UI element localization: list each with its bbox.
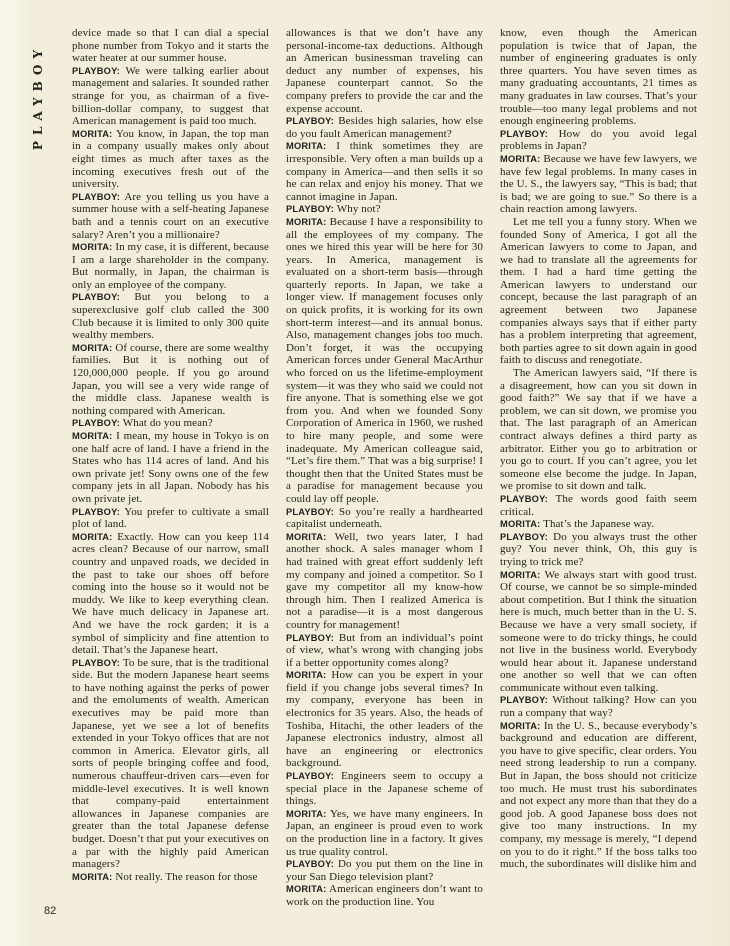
speaker-label: PLAYBOY: (72, 66, 120, 76)
article-columns: device made so that I can dial a special… (72, 27, 698, 909)
speaker-label: PLAYBOY: (286, 771, 334, 781)
speaker-label: MORITA: (72, 343, 112, 353)
paragraph: MORITA: Because we have few lawyers, we … (500, 153, 697, 216)
paragraph: MORITA: In the U. S., because everybody’… (500, 720, 697, 871)
magazine-page: PLAYBOY 82 device made so that I can dia… (0, 0, 730, 946)
speaker-label: MORITA: (500, 570, 540, 580)
paragraph: MORITA: How can you be expert in your fi… (286, 669, 483, 770)
speaker-label: PLAYBOY: (286, 204, 334, 214)
paragraph: MORITA: Well, two years later, I had ano… (286, 531, 483, 632)
speaker-label: MORITA: (286, 884, 326, 894)
speaker-label: MORITA: (500, 721, 540, 731)
page-number: 82 (44, 905, 56, 917)
speaker-label: MORITA: (500, 154, 540, 164)
paragraph: MORITA: Of course, there are some wealth… (72, 342, 269, 418)
speaker-label: MORITA: (72, 872, 112, 882)
paragraph: MORITA: I mean, my house in Tokyo is on … (72, 430, 269, 506)
speaker-label: MORITA: (500, 519, 540, 529)
paragraph: Let me tell you a funny story. When we f… (500, 216, 697, 367)
paragraph: MORITA: Because I have a responsibility … (286, 216, 483, 506)
paragraph: PLAYBOY: The words good faith seem criti… (500, 493, 697, 518)
speaker-label: MORITA: (286, 141, 326, 151)
paragraph: PLAYBOY: But you belong to a superexclus… (72, 291, 269, 341)
paragraph: PLAYBOY: Do you always trust the other g… (500, 531, 697, 569)
paragraph: MORITA: You know, in Japan, the top man … (72, 128, 269, 191)
speaker-label: MORITA: (72, 242, 112, 252)
paragraph: PLAYBOY: So you’re really a hardhearted … (286, 506, 483, 531)
speaker-label: PLAYBOY: (500, 494, 548, 504)
paragraph: MORITA: That’s the Japanese way. (500, 518, 697, 531)
speaker-label: PLAYBOY: (72, 292, 120, 302)
paragraph: PLAYBOY: We were talking earlier about m… (72, 65, 269, 128)
paragraph: The American lawyers said, “If there is … (500, 367, 697, 493)
paragraph: MORITA: In my case, it is different, bec… (72, 241, 269, 291)
paragraph: PLAYBOY: But from an individual’s point … (286, 632, 483, 670)
paragraph: PLAYBOY: How do you avoid legal problems… (500, 128, 697, 153)
speaker-label: MORITA: (72, 532, 112, 542)
text-column-1: device made so that I can dial a special… (72, 27, 269, 909)
speaker-label: PLAYBOY: (72, 658, 120, 668)
paragraph: MORITA: We always start with good trust.… (500, 569, 697, 695)
paragraph: PLAYBOY: To be sure, that is the traditi… (72, 657, 269, 871)
speaker-label: PLAYBOY: (286, 507, 334, 517)
paragraph: know, even though the American populatio… (500, 27, 697, 128)
paragraph: MORITA: American engineers don’t want to… (286, 883, 483, 908)
speaker-label: MORITA: (286, 217, 326, 227)
speaker-label: PLAYBOY: (286, 633, 334, 643)
speaker-label: PLAYBOY: (72, 418, 120, 428)
text-column-3: know, even though the American populatio… (500, 27, 697, 909)
speaker-label: MORITA: (72, 129, 112, 139)
paragraph: MORITA: Exactly. How can you keep 114 ac… (72, 531, 269, 657)
paragraph: MORITA: I think sometimes they are irres… (286, 140, 483, 203)
speaker-label: PLAYBOY: (286, 116, 334, 126)
paragraph: PLAYBOY: Why not? (286, 203, 483, 216)
speaker-label: MORITA: (286, 670, 326, 680)
magazine-spine: PLAYBOY (24, 32, 52, 162)
paragraph: device made so that I can dial a special… (72, 27, 269, 65)
paragraph: PLAYBOY: Without talking? How can you ru… (500, 694, 697, 719)
speaker-label: MORITA: (286, 809, 326, 819)
speaker-label: PLAYBOY: (72, 507, 120, 517)
paragraph: PLAYBOY: Do you put them on the line in … (286, 858, 483, 883)
paragraph: allowances is that we don’t have any per… (286, 27, 483, 115)
speaker-label: PLAYBOY: (286, 859, 334, 869)
speaker-label: PLAYBOY: (500, 695, 548, 705)
paragraph: PLAYBOY: Besides high salaries, how else… (286, 115, 483, 140)
speaker-label: MORITA: (286, 532, 326, 542)
paragraph: MORITA: Not really. The reason for those (72, 871, 269, 884)
speaker-label: MORITA: (72, 431, 112, 441)
speaker-label: PLAYBOY: (500, 532, 548, 542)
paragraph: PLAYBOY: Engineers seem to occupy a spec… (286, 770, 483, 808)
paragraph: PLAYBOY: You prefer to cultivate a small… (72, 506, 269, 531)
paragraph: PLAYBOY: What do you mean? (72, 417, 269, 430)
playboy-spine-logo: PLAYBOY (31, 44, 45, 150)
text-column-2: allowances is that we don’t have any per… (286, 27, 483, 909)
paragraph: PLAYBOY: Are you telling us you have a s… (72, 191, 269, 241)
speaker-label: PLAYBOY: (72, 192, 120, 202)
speaker-label: PLAYBOY: (500, 129, 548, 139)
paragraph: MORITA: Yes, we have many engineers. In … (286, 808, 483, 858)
